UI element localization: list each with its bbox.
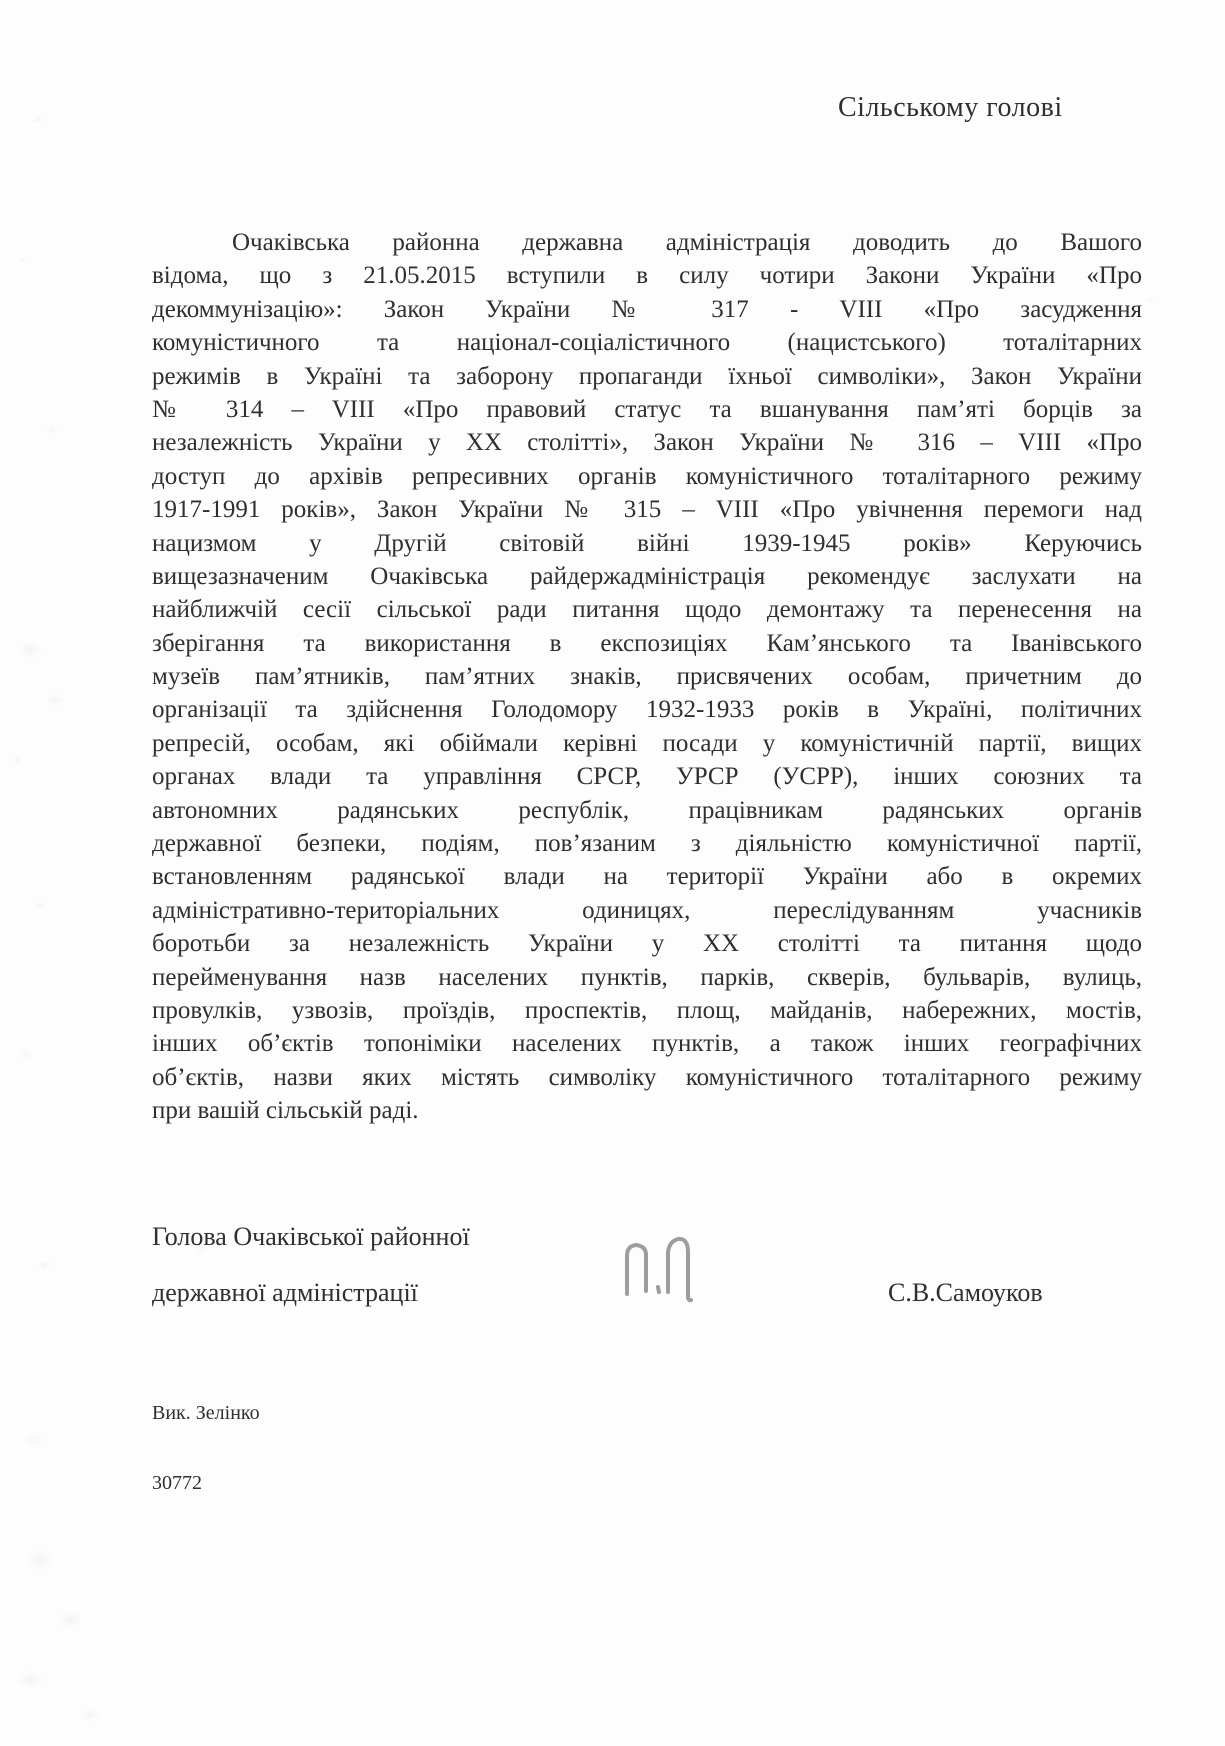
body-line: відома, що з 21.05.2015 вступили в силу … bbox=[152, 259, 1142, 292]
body-line: режимів в Україні та заборону пропаганди… bbox=[152, 360, 1142, 393]
body-line: встановленням радянської влади на терито… bbox=[152, 860, 1142, 893]
executor-line: Вик. Зелінко bbox=[152, 1402, 260, 1425]
signer-position-line-2: державної адміністрації bbox=[152, 1278, 418, 1308]
body-line: найближчій сесії сільської ради питання … bbox=[152, 593, 1142, 626]
reference-number: 30772 bbox=[152, 1472, 202, 1495]
body-line: адміністративно-територіальних одиницях,… bbox=[152, 894, 1142, 927]
body-line: органах влади та управління СРСР, УРСР (… bbox=[152, 760, 1142, 793]
body-line: декоммунізацію»: Закон України № 317 - V… bbox=[152, 293, 1142, 326]
body-line: комуністичного та націонал-соціалістично… bbox=[152, 326, 1142, 359]
body-line: провулків, узвозів, проїздів, проспектів… bbox=[152, 994, 1142, 1027]
body-line: об’єктів, назви яких містять символіку к… bbox=[152, 1061, 1142, 1094]
signer-position-line-1: Голова Очаківської районної bbox=[152, 1222, 470, 1252]
body-line: автономних радянських республік, працівн… bbox=[152, 794, 1142, 827]
recipient-line: Сільському голові bbox=[838, 92, 1063, 124]
body-line: доступ до архівів репресивних органів ко… bbox=[152, 460, 1142, 493]
body-line: 1917-1991 років», Закон України № 315 – … bbox=[152, 493, 1142, 526]
body-line: зберігання та використання в експозиціях… bbox=[152, 627, 1142, 660]
signer-name: С.В.Самоуков bbox=[888, 1278, 1043, 1308]
body-line: боротьби за незалежність України у ХХ ст… bbox=[152, 927, 1142, 960]
body-line: Очаківська районна державна адміністраці… bbox=[152, 226, 1142, 259]
body-line: організації та здійснення Голодомору 193… bbox=[152, 693, 1142, 726]
body-line: музеїв пам’ятників, пам’ятних знаків, пр… bbox=[152, 660, 1142, 693]
body-line: вищезазначеним Очаківська райдержадмініс… bbox=[152, 560, 1142, 593]
body-line: при вашій сільській раді. bbox=[152, 1094, 1142, 1127]
body-line: інших об’єктів топоніміки населених пунк… bbox=[152, 1027, 1142, 1060]
body-line: перейменування назв населених пунктів, п… bbox=[152, 961, 1142, 994]
body-line: незалежність України у ХХ столітті», Зак… bbox=[152, 426, 1142, 459]
scanned-letter-page: Сільському голові Очаківська районна дер… bbox=[0, 0, 1225, 1746]
body-line: № 314 – VIII «Про правовий статус та вша… bbox=[152, 393, 1142, 426]
letter-body: Очаківська районна державна адміністраці… bbox=[152, 226, 1142, 1128]
body-line: державної безпеки, подіям, пов’язаним з … bbox=[152, 827, 1142, 860]
handwritten-initials-mark bbox=[616, 1230, 716, 1310]
body-line: нацизмом у Другій світовій війні 1939-19… bbox=[152, 527, 1142, 560]
body-line: репресій, особам, які обіймали керівні п… bbox=[152, 727, 1142, 760]
